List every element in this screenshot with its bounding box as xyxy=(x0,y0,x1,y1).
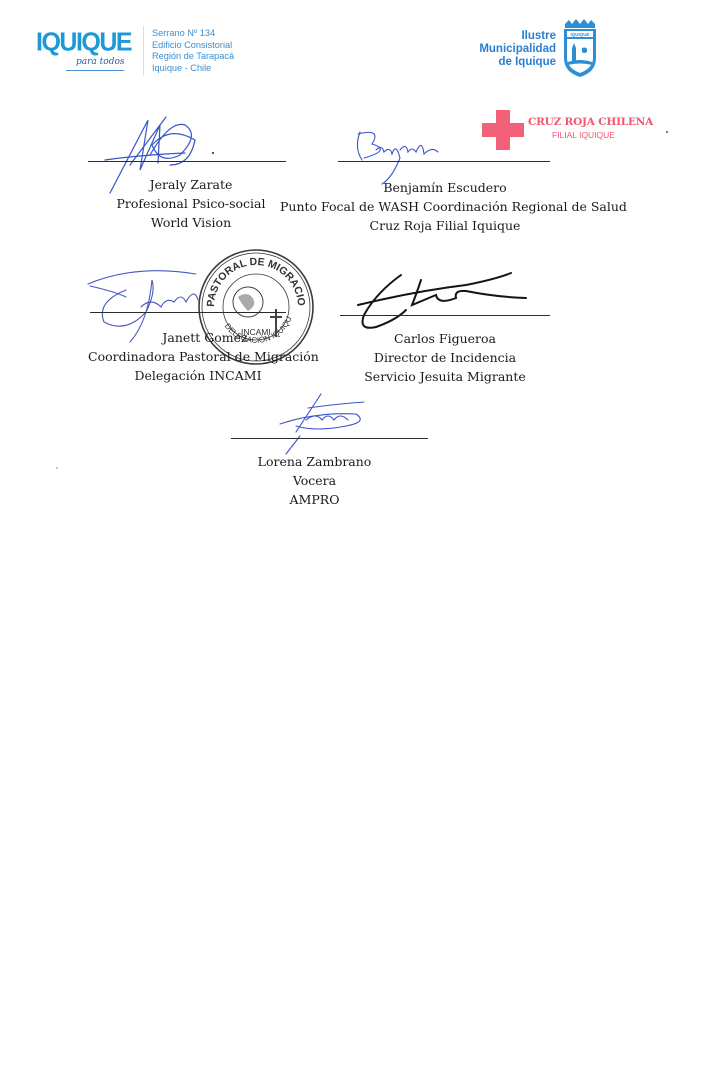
signatory-name: Jeraly Zarate xyxy=(91,175,291,194)
iquique-para-todos-logo: IQUIQUE para todos xyxy=(36,28,130,76)
address-line: Iquique - Chile xyxy=(152,63,234,75)
logo-swoosh xyxy=(66,70,124,71)
signatory-name: Lorena Zambrano xyxy=(228,452,401,471)
municipality-name: Ilustre Municipalidad de Iquique xyxy=(479,30,556,69)
municipal-address: Serrano Nº 134 Edificio Consistorial Reg… xyxy=(152,28,234,74)
signatory-name: Benjamín Escudero xyxy=(280,178,610,197)
logo-wordmark: IQUIQUE xyxy=(36,27,131,57)
signature-line xyxy=(340,315,550,316)
signatory-role: Coordinadora Pastoral de Migración xyxy=(88,347,308,366)
handwritten-signature xyxy=(356,265,536,335)
signature-line xyxy=(338,161,550,162)
municipality-line: Ilustre xyxy=(479,30,556,43)
municipality-line: de Iquique xyxy=(479,56,556,69)
address-line: Serrano Nº 134 xyxy=(152,28,234,40)
logo-tagline: para todos xyxy=(76,57,125,67)
municipality-line: Municipalidad xyxy=(479,43,556,56)
header-divider xyxy=(143,26,144,76)
signature-line xyxy=(88,161,286,162)
handwritten-signature xyxy=(276,392,368,454)
signatory-role: Director de Incidencia xyxy=(345,348,545,367)
svg-text:IQUIQUE: IQUIQUE xyxy=(570,32,589,37)
red-cross-stamp: CRUZ ROJA CHILENA FILIAL IQUIQUE xyxy=(482,110,642,150)
signature-line xyxy=(90,312,286,313)
signature-line xyxy=(231,438,428,439)
address-line: Región de Tarapacá xyxy=(152,51,234,63)
signatory-org: AMPRO xyxy=(228,490,401,509)
red-cross-icon xyxy=(482,110,524,150)
signatory-role: Profesional Psico-social xyxy=(91,194,291,213)
address-line: Edificio Consistorial xyxy=(152,40,234,52)
iquique-crest-icon: IQUIQUE xyxy=(562,18,598,78)
speck xyxy=(666,131,668,133)
signatory-org: Servicio Jesuita Migrante xyxy=(345,367,545,386)
signatory-name: Carlos Figueroa xyxy=(345,329,545,348)
signatory-org: Cruz Roja Filial Iquique xyxy=(280,216,610,235)
signatory-role: Vocera xyxy=(228,471,401,490)
speck xyxy=(56,467,58,469)
signatory-org: World Vision xyxy=(91,213,291,232)
stamp-text: FILIAL IQUIQUE xyxy=(552,130,615,140)
signatory-name: Janett Gomez xyxy=(88,328,308,347)
signatory-role: Punto Focal de WASH Coordinación Regiona… xyxy=(280,197,610,216)
stamp-text: CRUZ ROJA CHILENA xyxy=(528,116,653,128)
signatory-org: Delegación INCAMI xyxy=(88,366,308,385)
